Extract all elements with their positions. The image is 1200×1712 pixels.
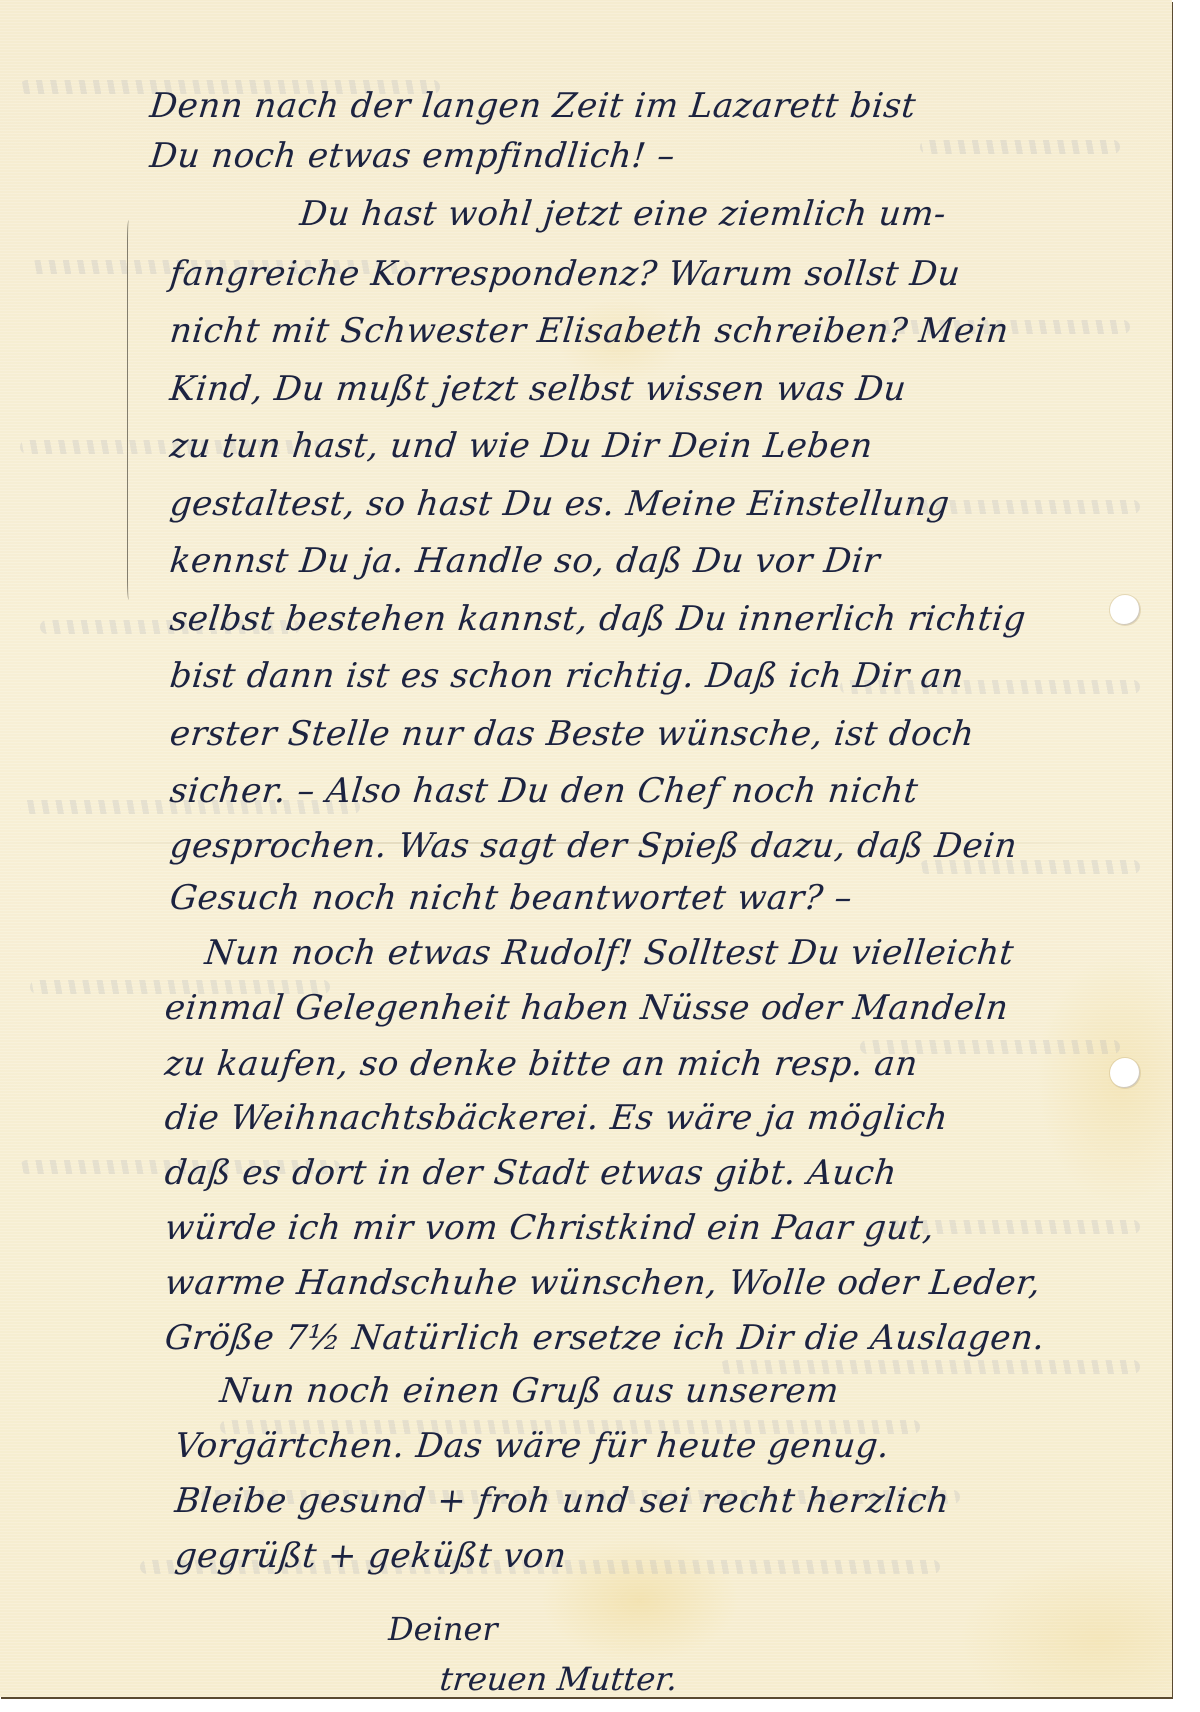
letter-line: nicht mit Schwester Elisabeth schreiben?… — [167, 303, 1012, 359]
letter-line: Bleibe gesund + froh und sei recht herzl… — [172, 1473, 952, 1529]
letter-line: gestaltest, so hast Du es. Meine Einstel… — [167, 476, 952, 532]
letter-line: Kind, Du mußt jetzt selbst wissen was Du — [167, 361, 909, 417]
letter-line: Gesuch noch nicht beantwortet war? – — [167, 870, 855, 926]
letter-line: Denn nach der langen Zeit im Lazarett bi… — [147, 78, 919, 134]
letter-line: warme Handschuhe wünschen, Wolle oder Le… — [162, 1255, 1043, 1311]
letter-line: gegrüßt + geküßt von — [172, 1528, 569, 1584]
letter-line: Du noch etwas empfindlich! – — [147, 128, 678, 184]
letter-line: Du hast wohl jetzt eine ziemlich um- — [297, 186, 949, 242]
letter-line: Größe 7½ Natürlich ersetze ich Dir die A… — [162, 1310, 1048, 1366]
punch-hole-upper — [1110, 595, 1140, 625]
signature: treuen Mutter. — [438, 1660, 679, 1698]
letter-line: Vorgärtchen. Das wäre für heute genug. — [172, 1418, 892, 1474]
letter-line: selbst bestehen kannst, daß Du innerlich… — [167, 591, 1029, 647]
closing-salutation: Deiner — [388, 1610, 498, 1648]
letter-page: Denn nach der langen Zeit im Lazarett bi… — [0, 0, 1172, 1697]
pencil-margin-bracket — [127, 220, 131, 600]
letter-line: fangreiche Korrespondenz? Warum sollst D… — [167, 246, 963, 302]
letter-line: einmal Gelegenheit haben Nüsse oder Mand… — [162, 980, 1011, 1036]
punch-hole-lower — [1110, 1058, 1140, 1088]
letter-line: die Weihnachtsbäckerei. Es wäre ja mögli… — [162, 1090, 951, 1146]
letter-line: Nun noch etwas Rudolf! Solltest Du viell… — [202, 925, 1017, 981]
letter-line: kennst Du ja. Handle so, daß Du vor Dir — [167, 533, 883, 589]
letter-line: gesprochen. Was sagt der Spieß dazu, daß… — [167, 818, 1020, 874]
letter-line: daß es dort in der Stadt etwas gibt. Auc… — [162, 1145, 900, 1201]
letter-line: zu tun hast, und wie Du Dir Dein Leben — [167, 418, 876, 474]
letter-line: Nun noch einen Gruß aus unserem — [217, 1363, 842, 1419]
letter-line: bist dann ist es schon richtig. Daß ich … — [167, 648, 967, 704]
letter-line: erster Stelle nur das Beste wünsche, ist… — [167, 706, 977, 762]
letter-line: sicher. – Also hast Du den Chef noch nic… — [167, 763, 921, 819]
letter-line: zu kaufen, so denke bitte an mich resp. … — [162, 1036, 921, 1092]
letter-line: würde ich mir vom Christkind ein Paar gu… — [162, 1200, 937, 1256]
